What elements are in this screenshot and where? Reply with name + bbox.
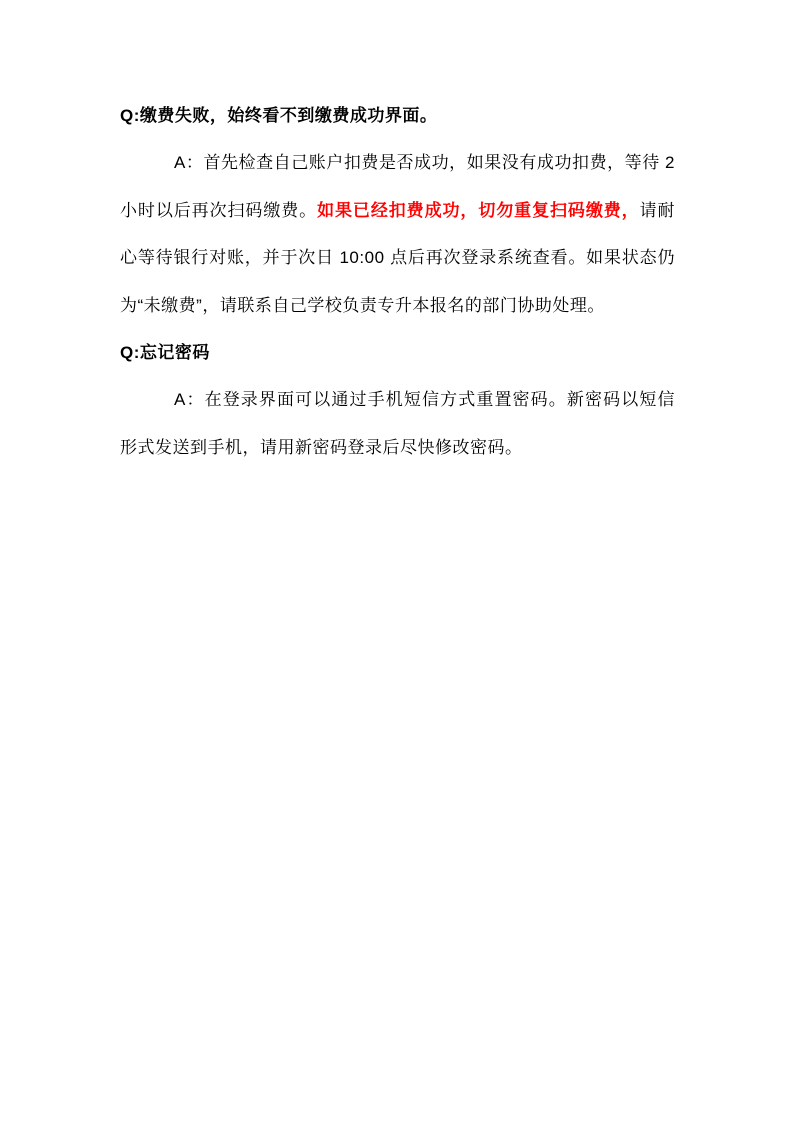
faq-block-payment-failure: Q:缴费失败，始终看不到缴费成功界面。 A：首先检查自己账户扣费是否成功，如果没… [120,92,675,329]
emphasis-text: 如果已经扣费成功，切勿重复扫码缴费， [317,201,640,220]
faq-answer-payment-failure: A：首先检查自己账户扣费是否成功，如果没有成功扣费，等待 2 小时以后再次扫码缴… [120,139,675,329]
answer-text: A：在登录界面可以通过手机短信方式重置密码。新密码以短信形式发送到手机，请用新密… [120,390,675,457]
faq-block-forgot-password: Q:忘记密码 A：在登录界面可以通过手机短信方式重置密码。新密码以短信形式发送到… [120,329,675,471]
faq-answer-forgot-password: A：在登录界面可以通过手机短信方式重置密码。新密码以短信形式发送到手机，请用新密… [120,376,675,471]
document-page: Q:缴费失败，始终看不到缴费成功界面。 A：首先检查自己账户扣费是否成功，如果没… [0,0,793,1122]
faq-question-forgot-password: Q:忘记密码 [120,329,675,376]
faq-question-payment-failure: Q:缴费失败，始终看不到缴费成功界面。 [120,92,675,139]
